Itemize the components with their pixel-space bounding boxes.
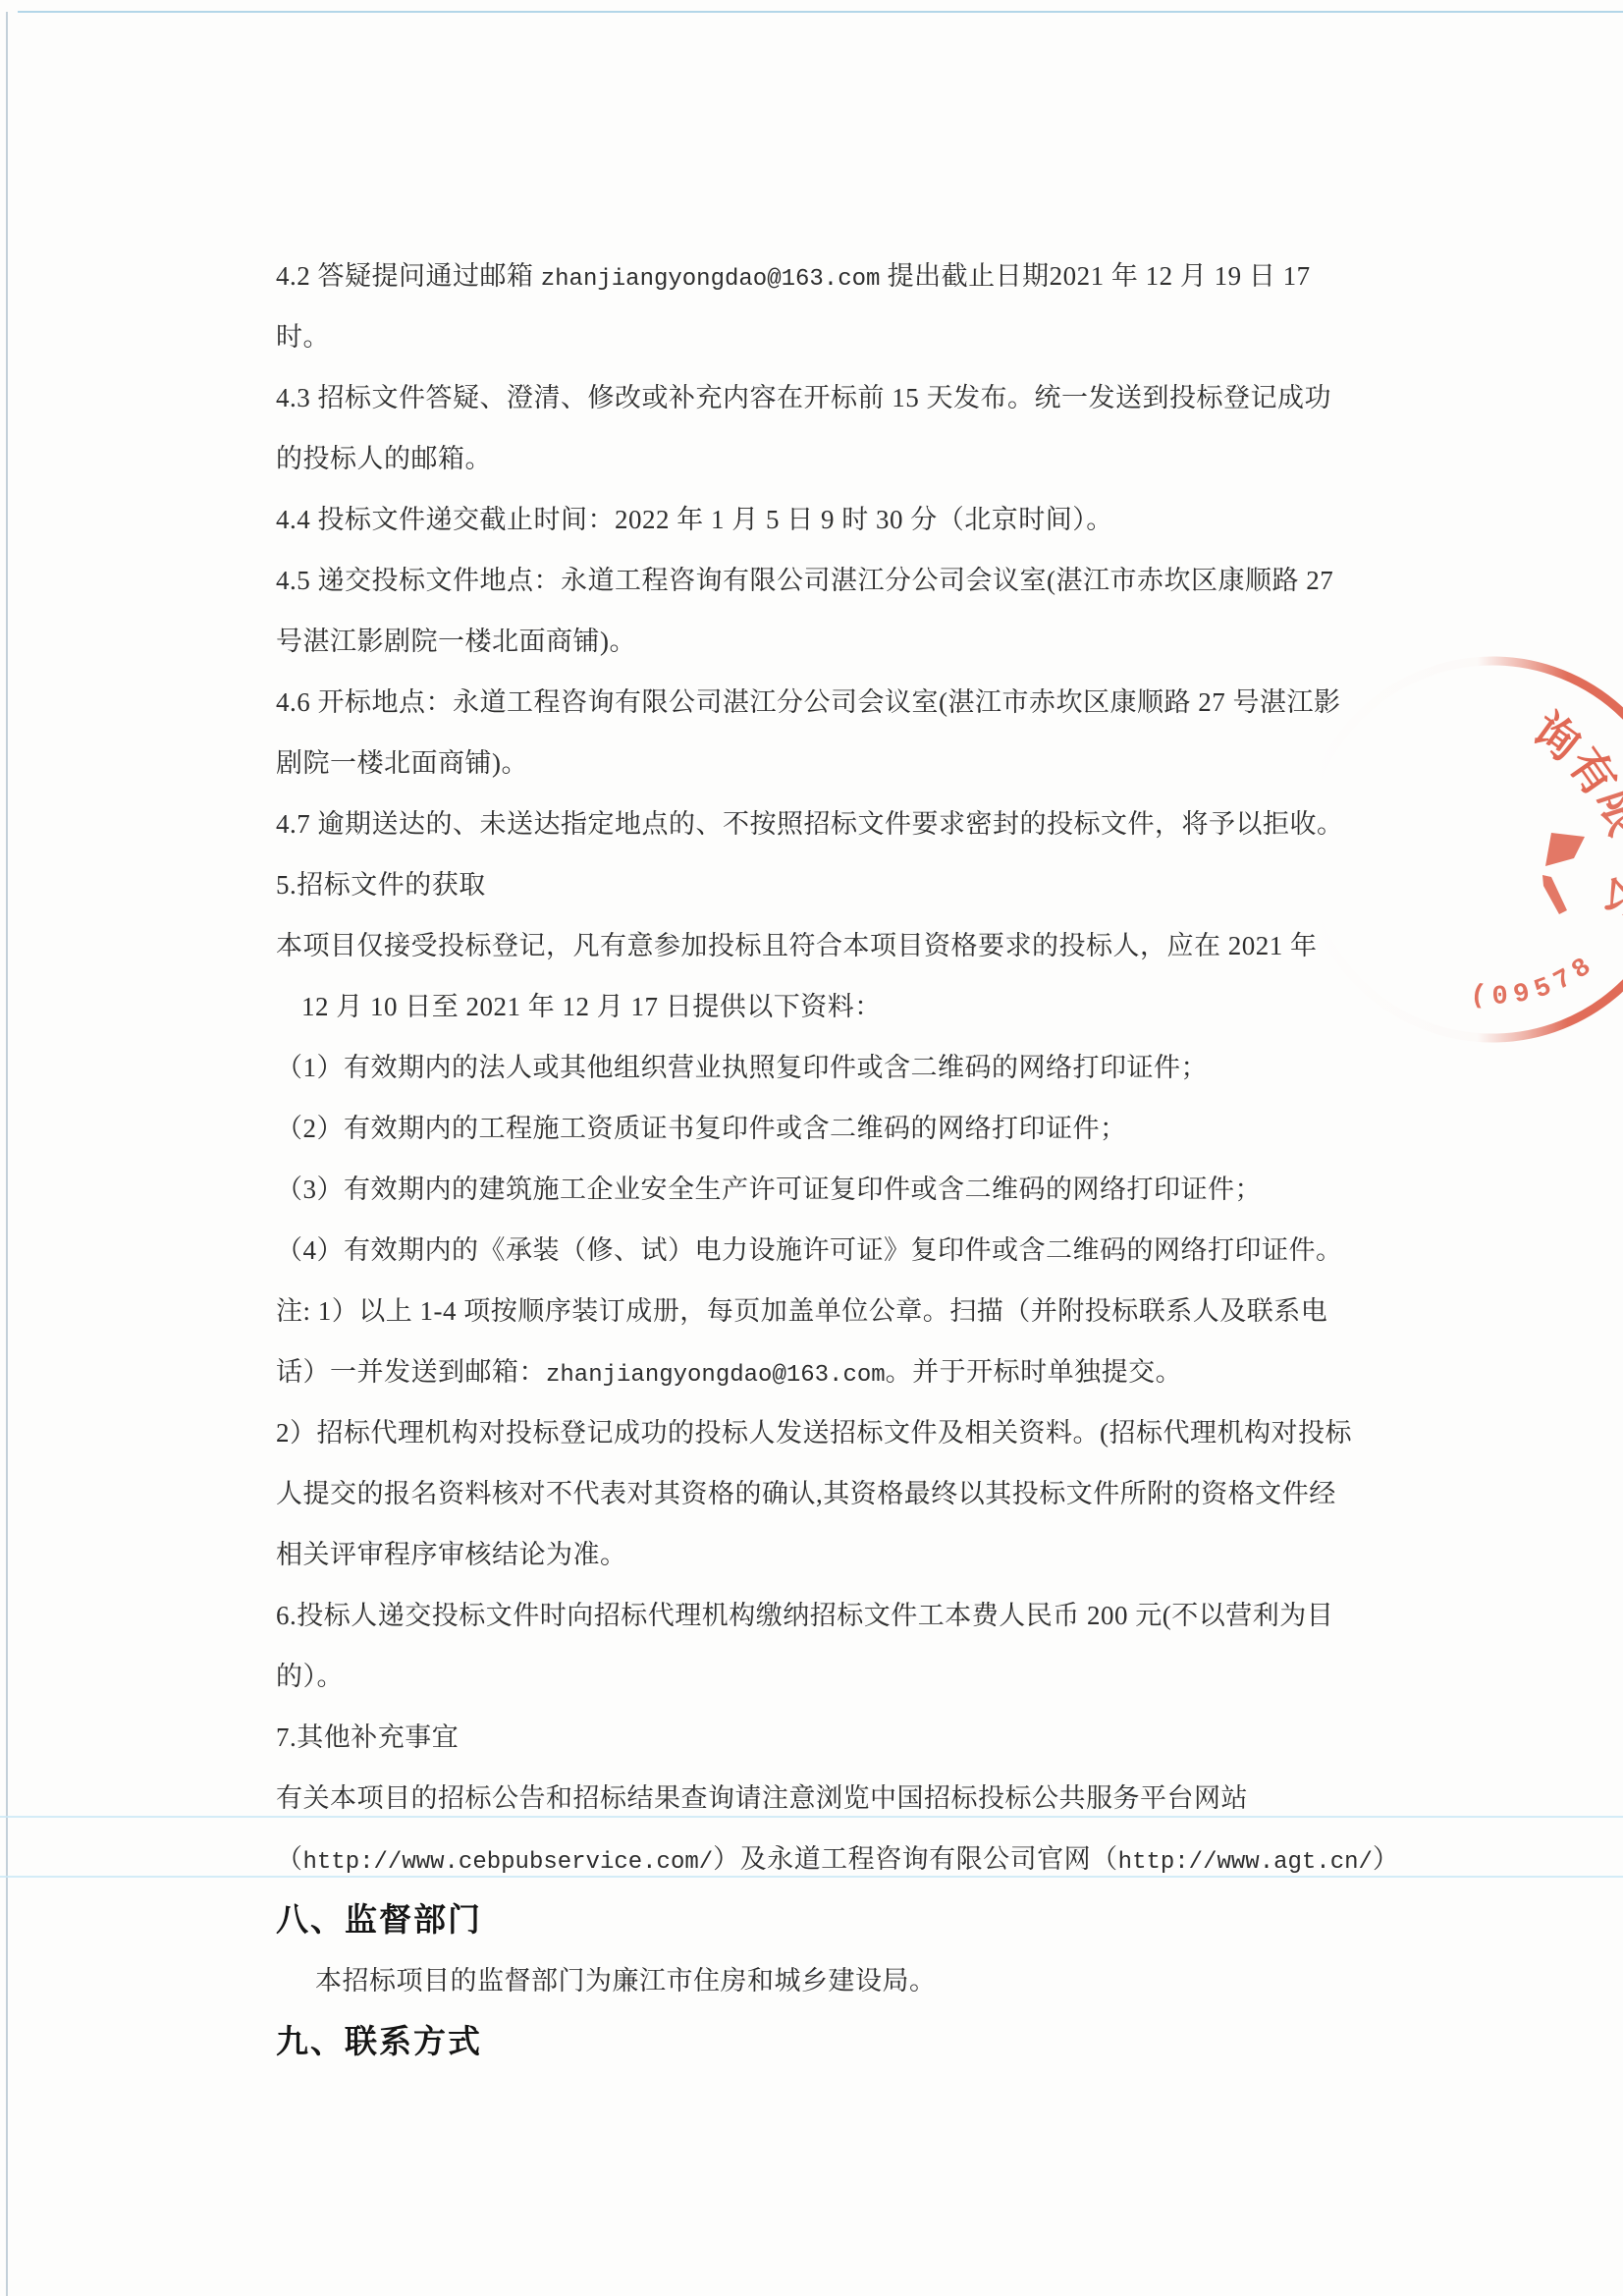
text-line: （3）有效期内的建筑施工企业安全生产许可证复印件或含二维码的网络打印证件；: [276, 1159, 1434, 1220]
seal-star-fragment: [1545, 833, 1585, 866]
text-line: 相关评审程序审核结论为准。: [276, 1524, 1434, 1585]
text-line: 话）一并发送到邮箱：zhanjiangyongdao@163.com。并于开标时…: [276, 1341, 1434, 1402]
text-line: 4.5 递交投标文件地点：永道工程咨询有限公司湛江分公司会议室(湛江市赤坎区康顺…: [276, 550, 1434, 611]
cjk-text: 注: 1）以上 1-4 项按顺序装订成册，每页加盖单位公章。扫描（并附投标联系人…: [276, 1296, 1327, 1326]
text-line: 6.投标人递交投标文件时向招标代理机构缴纳招标文件工本费人民币 200 元(不以…: [276, 1585, 1434, 1646]
cjk-text: 人提交的报名资料核对不代表对其资格的确认,其资格最终以其投标文件所附的资格文件经: [276, 1479, 1336, 1508]
scan-edge-left-line: [6, 12, 8, 2296]
cjk-text: 八、监督部门: [276, 1901, 482, 1938]
text-line: 的）。: [276, 1646, 1434, 1707]
seal-character: 限: [1590, 783, 1623, 842]
section-heading-line: 八、监督部门: [276, 1889, 1434, 1950]
seal-character: 公: [1597, 869, 1623, 924]
text-line: 7.其他补充事宜: [276, 1707, 1434, 1768]
text-line: 注: 1）以上 1-4 项按顺序装订成册，每页加盖单位公章。扫描（并附投标联系人…: [276, 1281, 1434, 1341]
text-line: 时。: [276, 306, 1434, 367]
cjk-text: 有关本项目的招标公告和招标结果查询请注意浏览中国招标投标公共服务平台网站: [276, 1783, 1248, 1813]
cjk-text: 的）。: [276, 1662, 344, 1691]
text-line: 号湛江影剧院一楼北面商铺)。: [276, 611, 1434, 672]
cjk-text: 4.3 招标文件答疑、澄清、修改或补充内容在开标前 15 天发布。统一发送到投标…: [276, 383, 1331, 412]
cjk-text: ）: [1373, 1844, 1400, 1874]
document-body: 4.2 答疑提问通过邮箱 zhanjiangyongdao@163.com 提出…: [276, 246, 1434, 2072]
cjk-text: 6.投标人递交投标文件时向招标代理机构缴纳招标文件工本费人民币 200 元(不以…: [276, 1601, 1333, 1630]
cjk-text: 4.5 递交投标文件地点：永道工程咨询有限公司湛江分公司会议室(湛江市赤坎区康顺…: [276, 566, 1333, 595]
text-line: 本招标项目的监督部门为廉江市住房和城乡建设局。: [276, 1950, 1434, 2011]
text-line: 有关本项目的招标公告和招标结果查询请注意浏览中国招标投标公共服务平台网站: [276, 1768, 1434, 1829]
cjk-text: 九、联系方式: [276, 2023, 482, 2059]
cjk-text: 2）招标代理机构对投标登记成功的投标人发送招标文件及相关资料。(招标代理机构对投…: [276, 1418, 1352, 1448]
cjk-text: 4.2 答疑提问通过邮箱: [276, 261, 541, 291]
text-line: 4.3 招标文件答疑、澄清、修改或补充内容在开标前 15 天发布。统一发送到投标…: [276, 367, 1434, 428]
section-heading-line: 九、联系方式: [276, 2011, 1434, 2072]
typewriter-text: http://www.agt.cn/: [1118, 1849, 1373, 1876]
cjk-text: 12 月 10 日至 2021 年 12 月 17 日提供以下资料：: [301, 992, 882, 1021]
text-line: 4.7 逾期送达的、未送达指定地点的、不按照招标文件要求密封的投标文件，将予以拒…: [276, 793, 1434, 854]
text-line: 人提交的报名资料核对不代表对其资格的确认,其资格最终以其投标文件所附的资格文件经: [276, 1463, 1434, 1524]
text-line: （http://www.cebpubservice.com/）及永道工程咨询有限…: [276, 1829, 1434, 1889]
seal-star-fragment: [1542, 875, 1567, 914]
cjk-text: 本招标项目的监督部门为廉江市住房和城乡建设局。: [315, 1966, 937, 1995]
seal-serial-number: (09578: [1469, 949, 1602, 1012]
cjk-text: 7.其他补充事宜: [276, 1722, 459, 1752]
cjk-text: 相关评审程序审核结论为准。: [276, 1540, 627, 1569]
cjk-text: 时。: [276, 322, 330, 352]
cjk-text: （3）有效期内的建筑施工企业安全生产许可证复印件或含二维码的网络打印证件；: [276, 1175, 1262, 1204]
cjk-text: （4）有效期内的《承装（修、试）电力设施许可证》复印件或含二维码的网络打印证件。: [276, 1235, 1343, 1265]
text-line: 剧院一楼北面商铺)。: [276, 733, 1434, 793]
cjk-text: 的投标人的邮箱。: [276, 444, 492, 473]
seal-character: 有: [1559, 738, 1623, 805]
cjk-text: 5.招标文件的获取: [276, 870, 486, 900]
cjk-text: ）及永道工程咨询有限公司官网（: [713, 1844, 1118, 1874]
cjk-text: （: [276, 1844, 303, 1874]
cjk-text: 提出截止日期2021 年 12 月 19 日 17: [880, 261, 1310, 291]
text-line: 4.2 答疑提问通过邮箱 zhanjiangyongdao@163.com 提出…: [276, 246, 1434, 306]
typewriter-text: zhanjiangyongdao@163.com: [541, 266, 881, 293]
text-line: （2）有效期内的工程施工资质证书复印件或含二维码的网络打印证件；: [276, 1098, 1434, 1159]
cjk-text: 4.4 投标文件递交截止时间：2022 年 1 月 5 日 9 时 30 分（北…: [276, 505, 1113, 534]
text-line: 5.招标文件的获取: [276, 854, 1434, 915]
scanned-document-page: 4.2 答疑提问通过邮箱 zhanjiangyongdao@163.com 提出…: [0, 0, 1623, 2296]
text-line: 4.6 开标地点：永道工程咨询有限公司湛江分公司会议室(湛江市赤坎区康顺路 27…: [276, 672, 1434, 733]
cjk-text: 。并于开标时单独提交。: [886, 1357, 1183, 1387]
cjk-text: 本项目仅接受投标登记，凡有意参加投标且符合本项目资格要求的投标人，应在 2021…: [276, 931, 1318, 960]
cjk-text: 号湛江影剧院一楼北面商铺)。: [276, 627, 636, 656]
cjk-text: 话）一并发送到邮箱：: [276, 1357, 546, 1387]
cjk-text: 4.6 开标地点：永道工程咨询有限公司湛江分公司会议室(湛江市赤坎区康顺路 27…: [276, 687, 1341, 717]
cjk-text: （1）有效期内的法人或其他组织营业执照复印件或含二维码的网络打印证件；: [276, 1053, 1208, 1082]
cjk-text: 剧院一楼北面商铺)。: [276, 748, 528, 778]
seal-character: 询: [1523, 702, 1590, 770]
typewriter-text: zhanjiangyongdao@163.com: [546, 1362, 886, 1389]
text-line: 的投标人的邮箱。: [276, 428, 1434, 489]
scan-edge-top-line: [18, 11, 1623, 13]
text-line: （1）有效期内的法人或其他组织营业执照复印件或含二维码的网络打印证件；: [276, 1037, 1434, 1098]
typewriter-text: http://www.cebpubservice.com/: [303, 1849, 714, 1876]
text-line: 本项目仅接受投标登记，凡有意参加投标且符合本项目资格要求的投标人，应在 2021…: [276, 915, 1434, 976]
text-line: 2）招标代理机构对投标登记成功的投标人发送招标文件及相关资料。(招标代理机构对投…: [276, 1402, 1434, 1463]
text-line: 4.4 投标文件递交截止时间：2022 年 1 月 5 日 9 时 30 分（北…: [276, 489, 1434, 550]
cjk-text: （2）有效期内的工程施工资质证书复印件或含二维码的网络打印证件；: [276, 1114, 1127, 1143]
text-line: （4）有效期内的《承装（修、试）电力设施许可证》复印件或含二维码的网络打印证件。: [276, 1220, 1434, 1281]
text-line: 12 月 10 日至 2021 年 12 月 17 日提供以下资料：: [276, 976, 1434, 1037]
cjk-text: 4.7 逾期送达的、未送达指定地点的、不按照招标文件要求密封的投标文件，将予以拒…: [276, 809, 1344, 839]
